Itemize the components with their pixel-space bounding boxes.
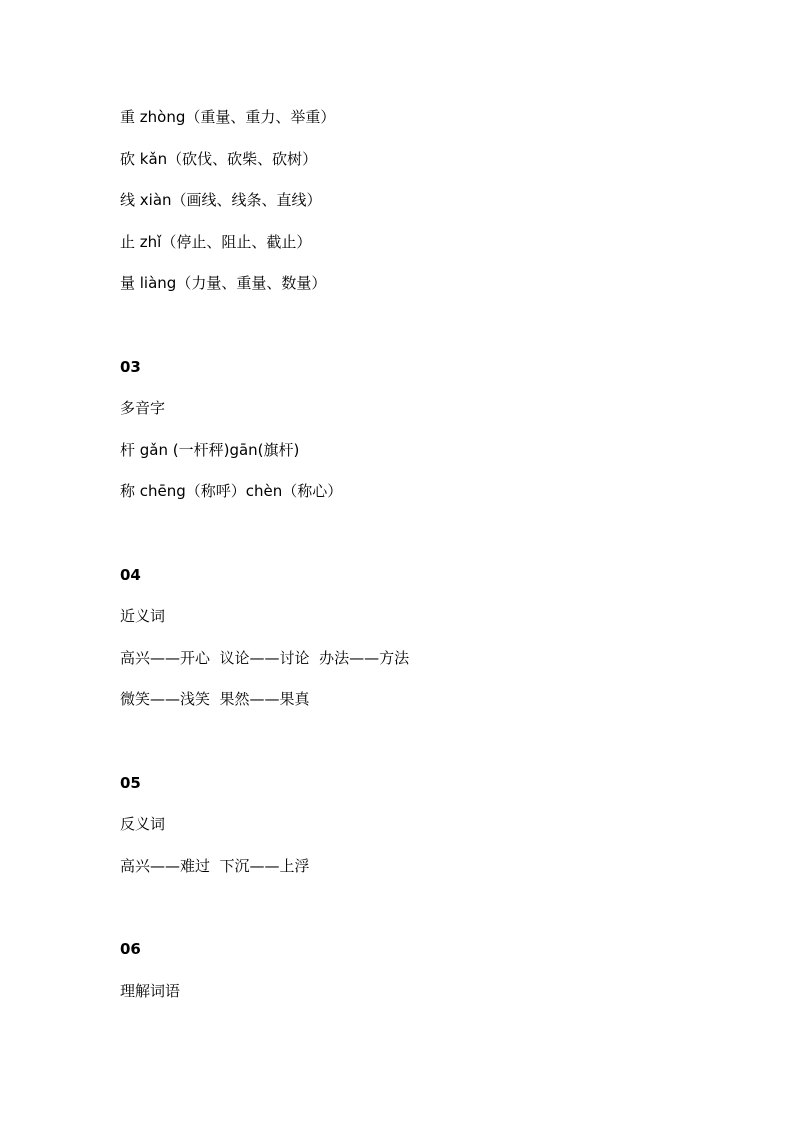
section-title: 理解词语 [120, 981, 180, 1001]
section-number: 04 [120, 565, 141, 585]
section-number: 03 [120, 357, 141, 377]
section-title: 近义词 [120, 606, 165, 626]
text-line: 砍 kǎn（砍伐、砍柴、砍树） [120, 149, 317, 169]
section-number: 05 [120, 773, 141, 793]
text-line: 称 chēng（称呼）chèn（称心） [120, 481, 342, 501]
text-line: 线 xiàn（画线、线条、直线） [120, 190, 322, 210]
text-line: 高兴——难过 下沉——上浮 [120, 856, 310, 876]
text-line: 量 liàng（力量、重量、数量） [120, 273, 326, 293]
text-line: 杆 gǎn (一杆秤)gān(旗杆) [120, 440, 299, 460]
text-line: 微笑——浅笑 果然——果真 [120, 689, 310, 709]
section-number: 06 [120, 939, 141, 959]
section-title: 反义词 [120, 814, 165, 834]
section-title: 多音字 [120, 398, 165, 418]
text-line: 重 zhòng（重量、重力、举重） [120, 107, 335, 127]
text-line: 高兴——开心 议论——讨论 办法——方法 [120, 648, 409, 668]
text-line: 止 zhǐ（停止、阻止、截止） [120, 232, 311, 252]
